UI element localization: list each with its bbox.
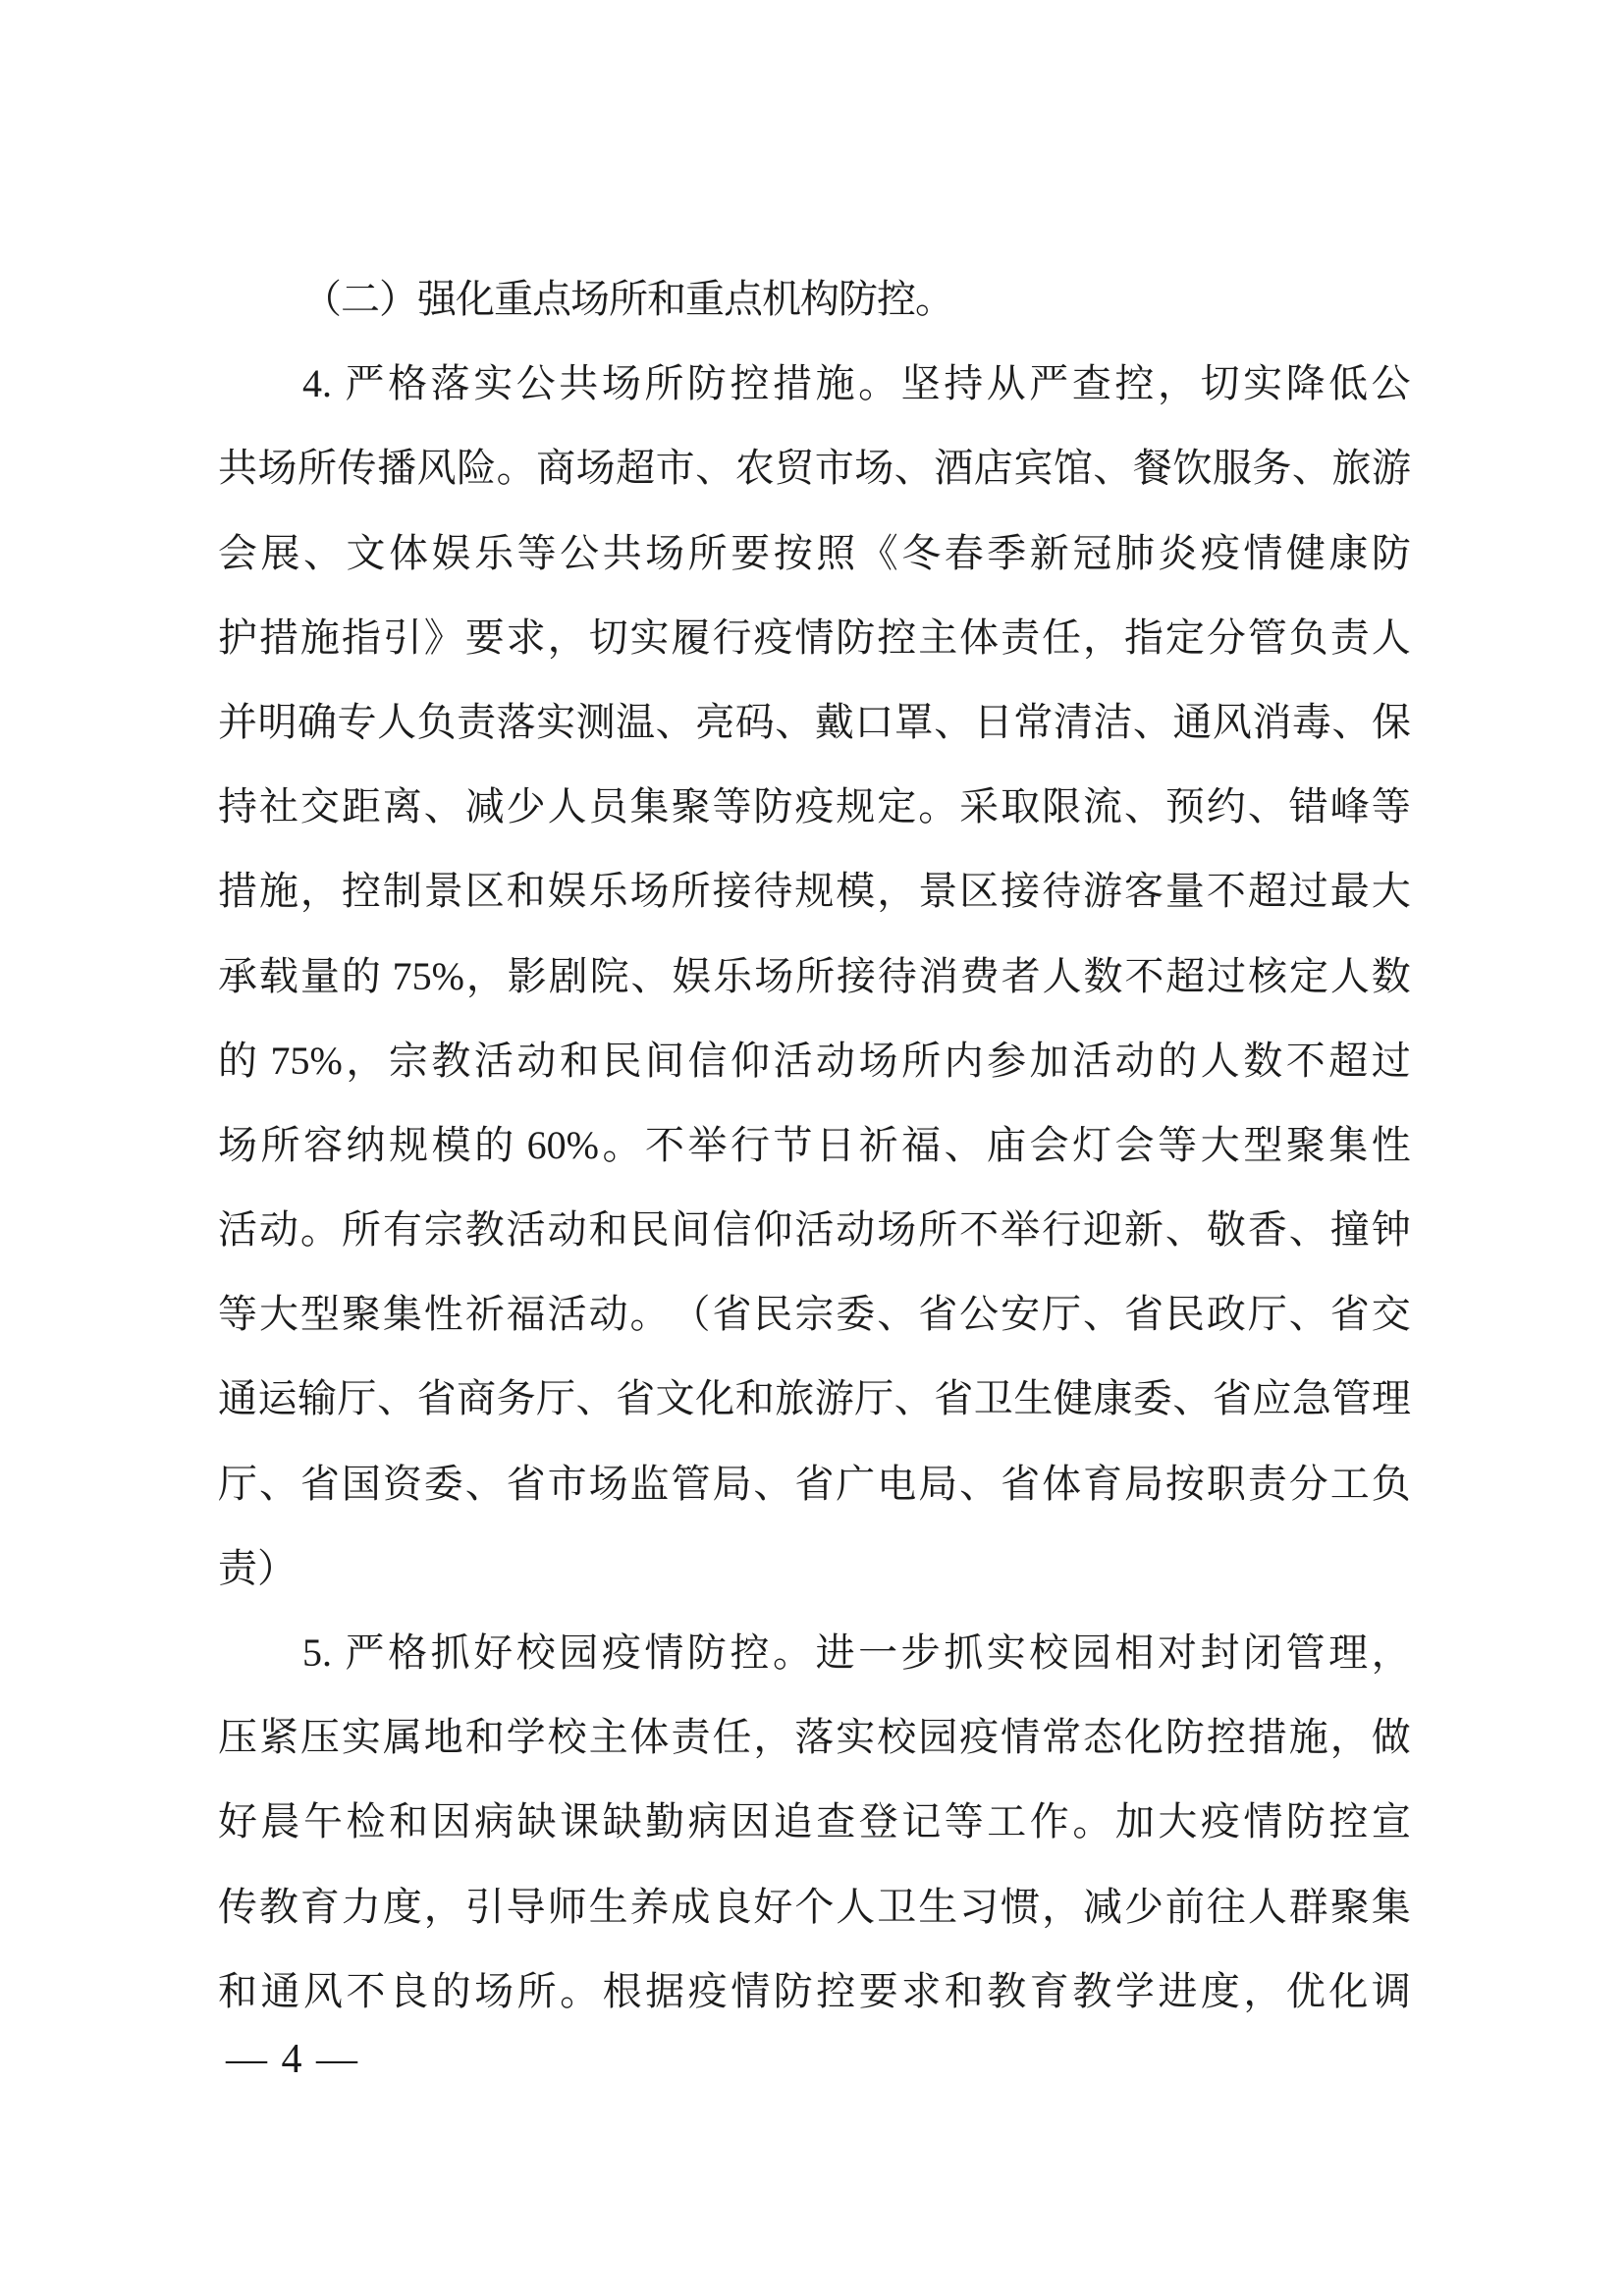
document-line: 5. 严格抓好校园疫情防控。进一步抓实校园相对封闭管理， (218, 1611, 1411, 1695)
document-line: 并明确专人负责落实测温、亮码、戴口罩、日常清洁、通风消毒、保 (218, 680, 1411, 765)
document-line: 责） (218, 1526, 1411, 1611)
document-line: 等大型聚集性祈福活动。（省民宗委、省公安厅、省民政厅、省交 (218, 1272, 1411, 1357)
document-line: 持社交距离、减少人员集聚等防疫规定。采取限流、预约、错峰等 (218, 765, 1411, 849)
section-heading: （二）强化重点场所和重点机构防控。 (218, 257, 1411, 342)
document-line: 厅、省国资委、省市场监管局、省广电局、省体育局按职责分工负 (218, 1442, 1411, 1526)
document-line: 4. 严格落实公共场所防控措施。坚持从严查控，切实降低公 (218, 342, 1411, 426)
document-line: 传教育力度，引导师生养成良好个人卫生习惯，减少前往人群聚集 (218, 1865, 1411, 1949)
document-line: 好晨午检和因病缺课缺勤病因追查登记等工作。加大疫情防控宣 (218, 1780, 1411, 1864)
document-line: 活动。所有宗教活动和民间信仰活动场所不举行迎新、敬香、撞钟 (218, 1188, 1411, 1272)
document-line: 措施，控制景区和娱乐场所接待规模，景区接待游客量不超过最大 (218, 849, 1411, 934)
document-line: 承载量的 75%，影剧院、娱乐场所接待消费者人数不超过核定人数 (218, 934, 1411, 1019)
document-line: 通运输厅、省商务厅、省文化和旅游厅、省卫生健康委、省应急管理 (218, 1357, 1411, 1441)
page-number: — 4 — (226, 2030, 359, 2089)
document-line: 的 75%，宗教活动和民间信仰活动场所内参加活动的人数不超过 (218, 1019, 1411, 1103)
document-line: 压紧压实属地和学校主体责任，落实校园疫情常态化防控措施，做 (218, 1695, 1411, 1780)
document-body: （二）强化重点场所和重点机构防控。 4. 严格落实公共场所防控措施。坚持从严查控… (218, 257, 1411, 2034)
document-line: 共场所传播风险。商场超市、农贸市场、酒店宾馆、餐饮服务、旅游 (218, 426, 1411, 510)
document-page: （二）强化重点场所和重点机构防控。 4. 严格落实公共场所防控措施。坚持从严查控… (0, 0, 1624, 2296)
document-line: 场所容纳规模的 60%。不举行节日祈福、庙会灯会等大型聚集性 (218, 1103, 1411, 1188)
document-line: 和通风不良的场所。根据疫情防控要求和教育教学进度，优化调 (218, 1949, 1411, 2034)
document-line: 会展、文体娱乐等公共场所要按照《冬春季新冠肺炎疫情健康防 (218, 511, 1411, 596)
document-line: 护措施指引》要求，切实履行疫情防控主体责任，指定分管负责人 (218, 596, 1411, 680)
